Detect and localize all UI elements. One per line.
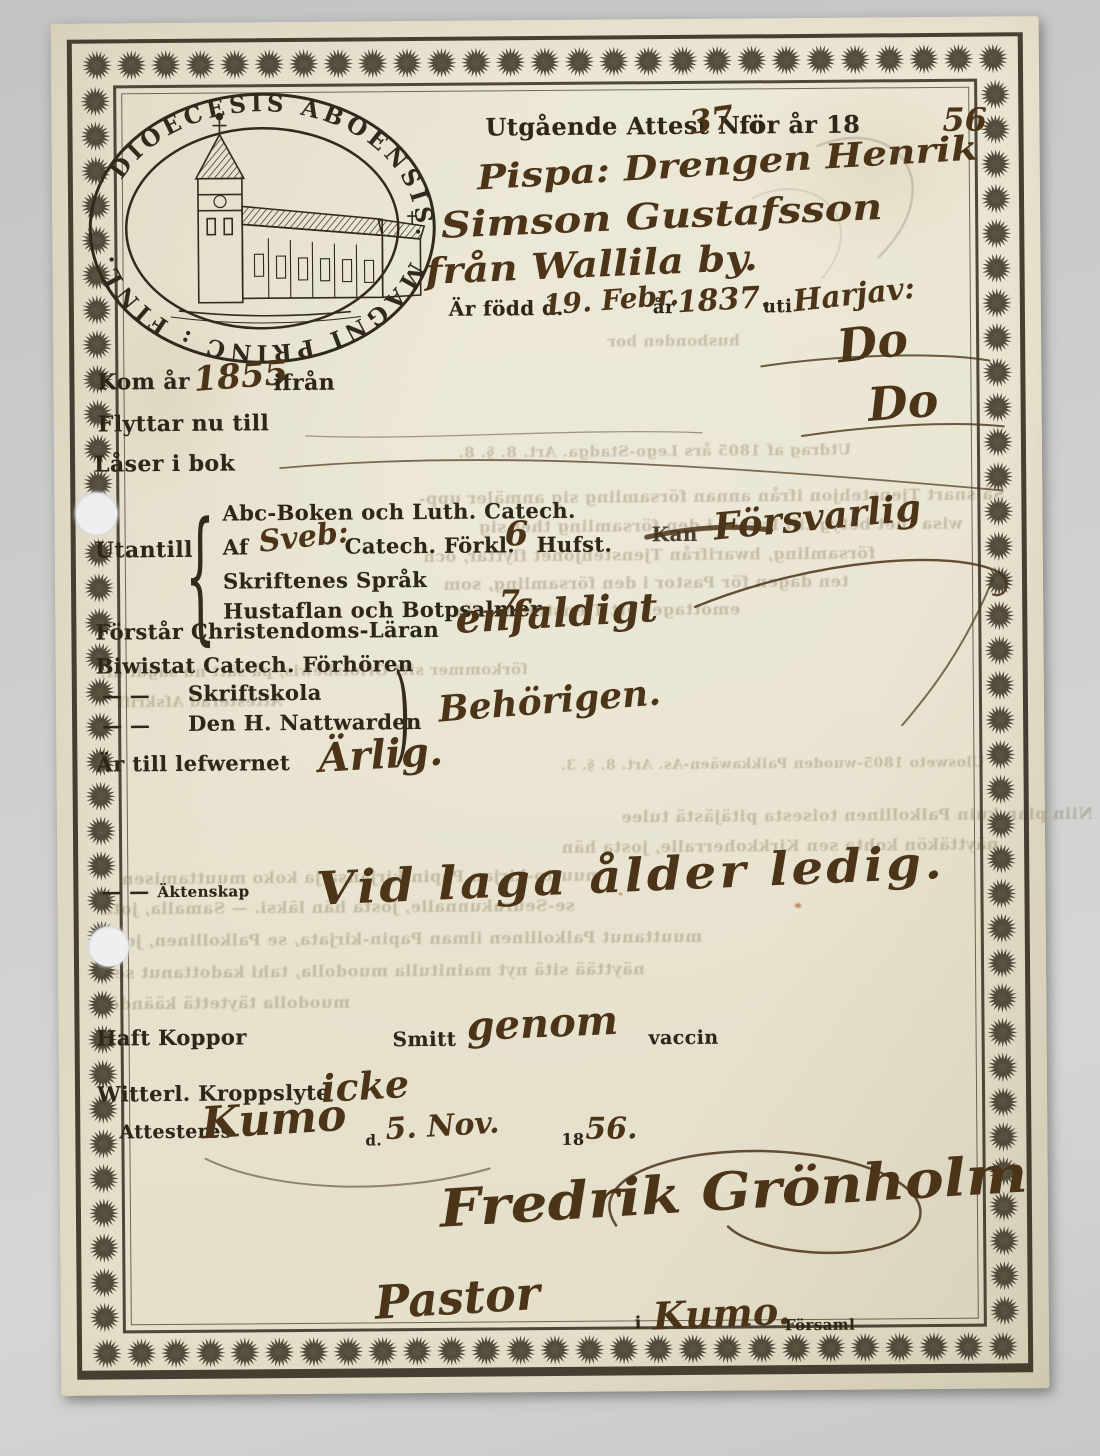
utantill-item-2-post: Hufst. [537,532,613,558]
attended-dashes-3: — — [102,713,150,737]
photo-backdrop: { "seal": { "inscription_top": "DIOECESI… [0,0,1100,1456]
utantill-item-3: Skriftenes Språk [223,567,427,594]
arrival-from-label: ifrån [273,370,335,396]
signature-forsaml-label: Församl [785,1316,855,1335]
born-place-label: uti [763,296,793,317]
diocese-seal: DIOECESIS ABOENSIS. MAGNI PRINC : FINL. [81,85,443,372]
born-year-value: 1837. [676,280,772,321]
signature-title: Pastor [373,1266,541,1330]
ditto-mark-1: Do [834,312,910,374]
marriage-dashes: — — [101,879,149,903]
utantill-item-2-mid: Catech. Förkl. [345,532,516,558]
seal-inscription-bottom: MAGNI PRINC : FINL. [91,247,430,368]
smitt-value: genom [466,997,619,1050]
attest-place-value: Kumo [200,1090,348,1150]
moving-label: Flyttar nu till [98,410,270,437]
born-year-label: år [653,297,675,318]
attest-year-hand: 56. [585,1111,637,1146]
utantill-count-value: 6 [504,514,528,554]
vaccin-label: vaccin [649,1027,719,1050]
header-attest-number: 37 [687,98,737,142]
punch-hole-top [75,492,117,534]
signature-parish-value: Kumo. [652,1288,792,1339]
utantill-label: Utantill [95,537,193,564]
marriage-label: Äktenskap [157,882,249,901]
arrival-label: Kom år [97,369,190,396]
attended-label: Biwistat Catech. Förhören [96,651,414,678]
smallpox-label: Haft Koppor [96,1024,246,1050]
smitt-label: Smitt [393,1027,457,1051]
header-year-label: för år 18 [739,110,860,140]
utantill-item-2-pre: Af [223,534,249,559]
reads-label: Låser i bok [94,450,235,477]
conduct-value: Ärlig. [317,728,444,782]
attest-year-printed: 18 [561,1130,584,1149]
attest-d-label: d. [365,1131,382,1149]
signature-i-label: i [635,1313,642,1333]
conduct-label: Är till lefwernet [96,750,290,777]
punch-hole-bottom [89,926,129,966]
attended-row-2: Skriftskola [188,680,322,706]
attest-date-value: 5. Nov. [384,1105,500,1147]
kan-label-struck: Kan [652,522,698,546]
understands-label: Förstår Christendoms-Läran [95,617,439,645]
attended-dashes-2: — — [102,683,150,707]
paper-sheet: husbonden bor Utdrag af 1805 års Lego-St… [51,16,1050,1396]
ditto-mark-2: Do [866,373,941,432]
